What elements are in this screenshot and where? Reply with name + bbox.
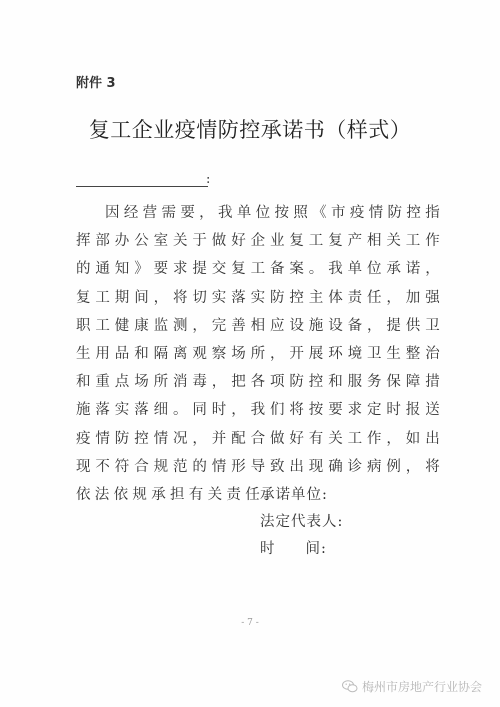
watermark: 梅州市房地产行业协会 xyxy=(342,678,482,695)
document-title: 复工企业疫情防控承诺书（样式） xyxy=(0,114,500,144)
page-number: - 7 - xyxy=(0,618,500,628)
document-page: 附件 3 复工企业疫情防控承诺书（样式） : 因经营需要，我单位按照《市疫情防控… xyxy=(0,0,500,707)
body-paragraph: 因经营需要，我单位按照《市疫情防控指挥部办公室关于做好企业复工复产相关工作的通知… xyxy=(76,199,444,509)
wechat-icon xyxy=(342,680,358,693)
attachment-label: 附件 3 xyxy=(76,72,116,91)
addressee-blank-line xyxy=(76,172,208,187)
time-label-part-2: 间: xyxy=(306,541,327,557)
signature-legal-rep-label: 法定代表人: xyxy=(260,510,343,531)
signature-unit-label: 承诺单位: xyxy=(260,483,328,504)
addressee-colon: : xyxy=(206,172,210,187)
time-label-part-1: 时 xyxy=(260,541,276,557)
signature-time-label: 时间: xyxy=(260,537,327,558)
watermark-text: 梅州市房地产行业协会 xyxy=(362,678,482,695)
body-text: 因经营需要，我单位按照《市疫情防控指挥部办公室关于做好企业复工复产相关工作的通知… xyxy=(76,199,444,509)
